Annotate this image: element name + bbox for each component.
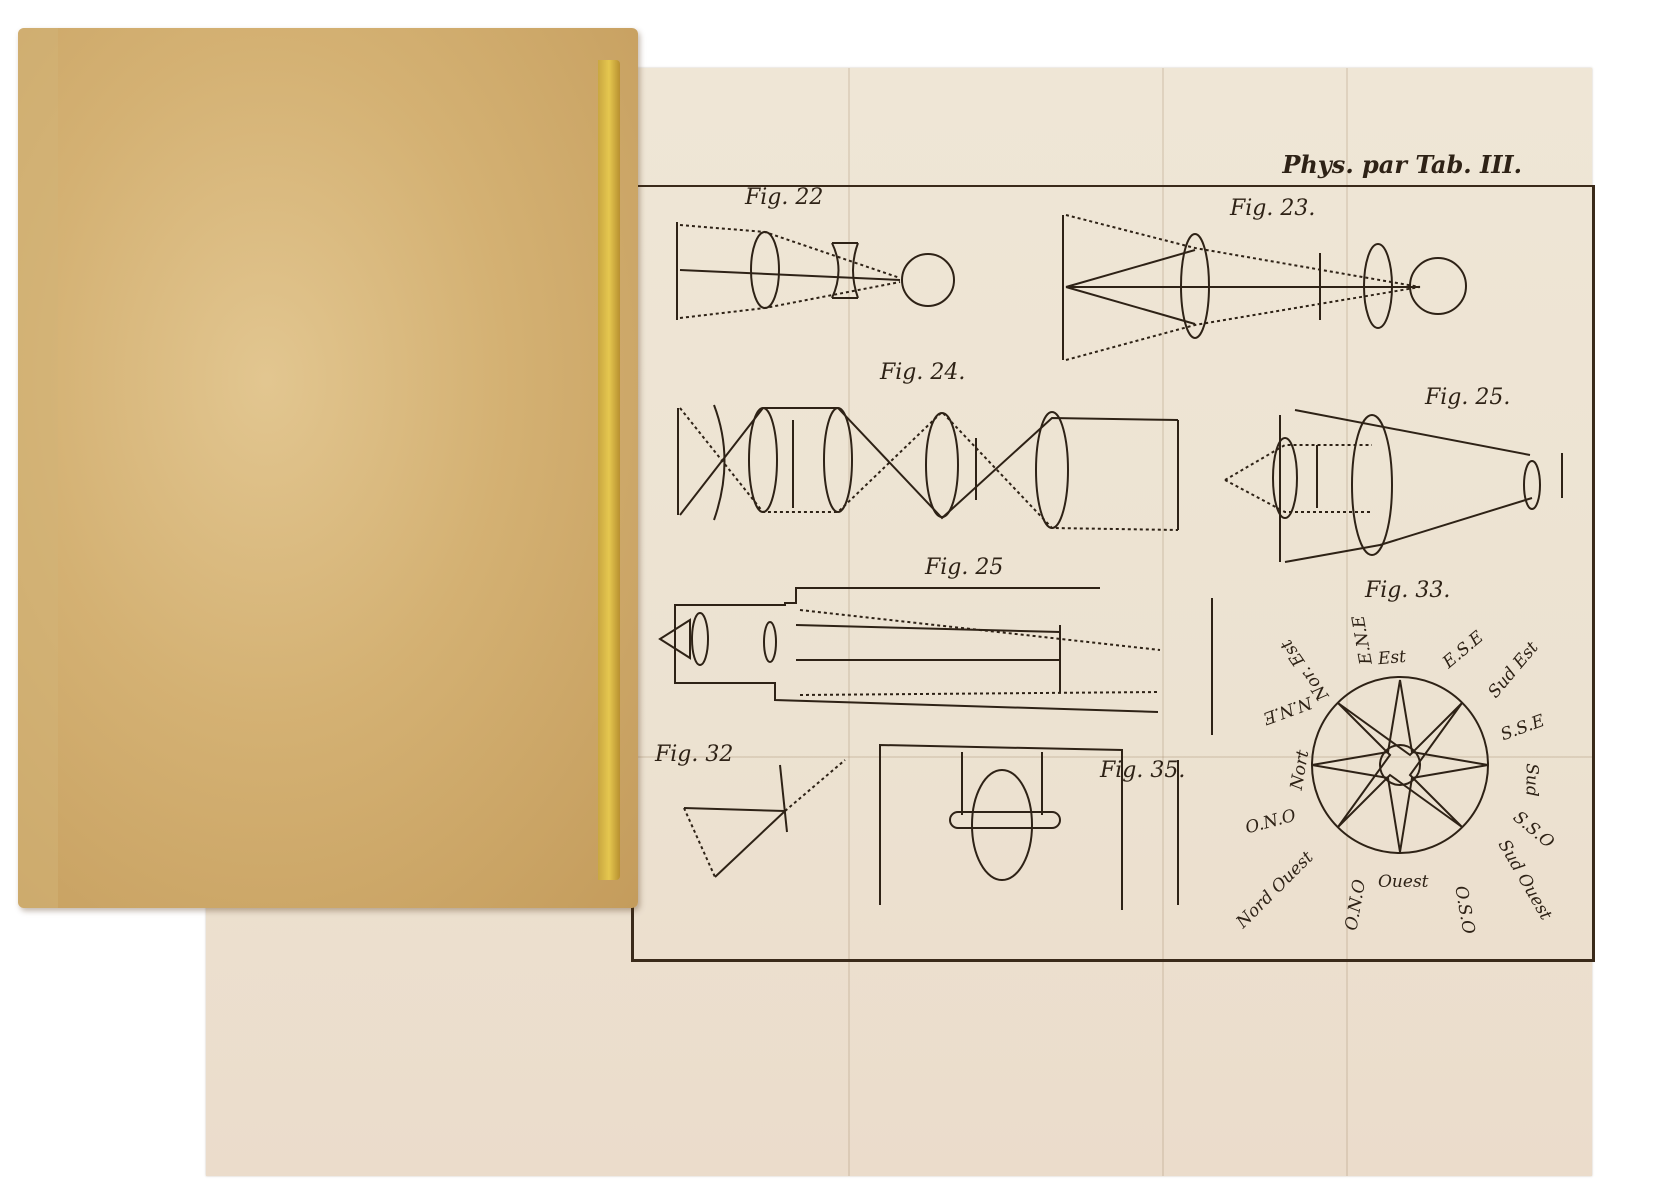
figure-23-diagram <box>1063 215 1466 360</box>
fig-33-label: Fig. 33. <box>1365 578 1450 603</box>
figure-22-diagram <box>677 222 954 320</box>
fig-23-label: Fig. 23. <box>1230 196 1315 221</box>
fig-22-label: Fig. 22 <box>745 185 823 210</box>
fig-35-label: Fig. 35. <box>1100 758 1185 783</box>
figure-33-compass-rose <box>1312 677 1488 853</box>
book-spine <box>18 28 58 908</box>
compass-label-ouest: Ouest <box>1378 872 1429 892</box>
book-gilt-edge <box>598 60 620 880</box>
vellum-book-cover <box>18 28 638 908</box>
figure-32-diagram <box>684 760 845 877</box>
figure-25-reflecting-telescope-diagram <box>660 588 1212 735</box>
fig-25b-label: Fig. 25 <box>925 555 1003 580</box>
figure-25-telescope-diagram <box>1225 410 1562 562</box>
fig-32-label: Fig. 32 <box>655 742 733 767</box>
fig-24-label: Fig. 24. <box>880 360 965 385</box>
compass-label-sud: Sud <box>1522 763 1542 796</box>
fig-25-label: Fig. 25. <box>1425 385 1510 410</box>
compass-label-est: Est <box>1377 647 1407 669</box>
figure-24-diagram <box>678 405 1178 530</box>
figure-35-diagram <box>880 745 1122 910</box>
